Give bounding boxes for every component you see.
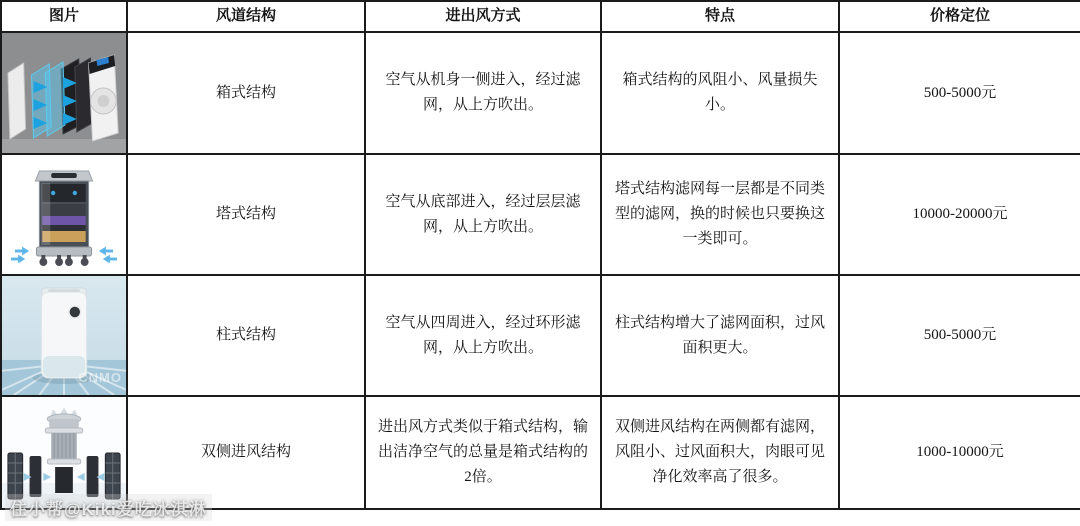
cell-image <box>1 396 127 509</box>
author-watermark: 住小帮@Kiki爱吃冰淇淋 <box>5 494 212 521</box>
header-structure: 风道结构 <box>127 1 365 32</box>
header-row: 图片 风道结构 进出风方式 特点 价格定位 <box>1 1 1080 32</box>
cell-features: 柱式结构增大了滤网面积，过风面积更大。 <box>601 275 839 396</box>
cell-airflow: 进出风方式类似于箱式结构，输出洁净空气的总量是箱式结构的2倍。 <box>365 396 601 509</box>
table-row: 箱式结构 空气从机身一侧进入，经过滤网，从上方吹出。 箱式结构的风阻小、风量损失… <box>1 32 1080 154</box>
cell-price: 10000-20000元 <box>839 154 1080 275</box>
column-structure-image: CNMO <box>2 276 126 395</box>
cell-price: 500-5000元 <box>839 275 1080 396</box>
cnmo-watermark: CNMO <box>78 365 122 390</box>
table-row: 塔式结构 空气从底部进入，经过层层滤网，从上方吹出。 塔式结构滤网每一层都是不同… <box>1 154 1080 275</box>
header-features: 特点 <box>601 1 839 32</box>
cell-price: 1000-10000元 <box>839 396 1080 509</box>
cell-price: 500-5000元 <box>839 32 1080 154</box>
cell-features: 塔式结构滤网每一层都是不同类型的滤网，换的时候也只要换这一类即可。 <box>601 154 839 275</box>
tower-structure-image <box>2 155 126 274</box>
double-side-intake-image <box>2 397 126 508</box>
cell-image <box>1 154 127 275</box>
cell-structure: 塔式结构 <box>127 154 365 275</box>
box-structure-image <box>2 33 126 153</box>
cell-airflow: 空气从四周进入，经过环形滤网，从上方吹出。 <box>365 275 601 396</box>
table-row: CNMO 柱式结构 空气从四周进入，经过环形滤网，从上方吹出。 柱式结构增大了滤… <box>1 275 1080 396</box>
cell-structure: 箱式结构 <box>127 32 365 154</box>
header-price: 价格定位 <box>839 1 1080 32</box>
cell-image: CNMO <box>1 275 127 396</box>
cell-image <box>1 32 127 154</box>
table-row: 双侧进风结构 进出风方式类似于箱式结构，输出洁净空气的总量是箱式结构的2倍。 双… <box>1 396 1080 509</box>
cell-structure: 双侧进风结构 <box>127 396 365 509</box>
cell-features: 箱式结构的风阻小、风量损失小。 <box>601 32 839 154</box>
cell-airflow: 空气从底部进入，经过层层滤网，从上方吹出。 <box>365 154 601 275</box>
header-image: 图片 <box>1 1 127 32</box>
header-airflow: 进出风方式 <box>365 1 601 32</box>
cell-airflow: 空气从机身一侧进入，经过滤网，从上方吹出。 <box>365 32 601 154</box>
comparison-table: 图片 风道结构 进出风方式 特点 价格定位 <box>0 0 1080 510</box>
cell-structure: 柱式结构 <box>127 275 365 396</box>
air-purifier-structure-comparison-page: 图片 风道结构 进出风方式 特点 价格定位 <box>0 0 1080 526</box>
cell-features: 双侧进风结构在两侧都有滤网，风阻小、过风面积大，肉眼可见净化效率高了很多。 <box>601 396 839 509</box>
